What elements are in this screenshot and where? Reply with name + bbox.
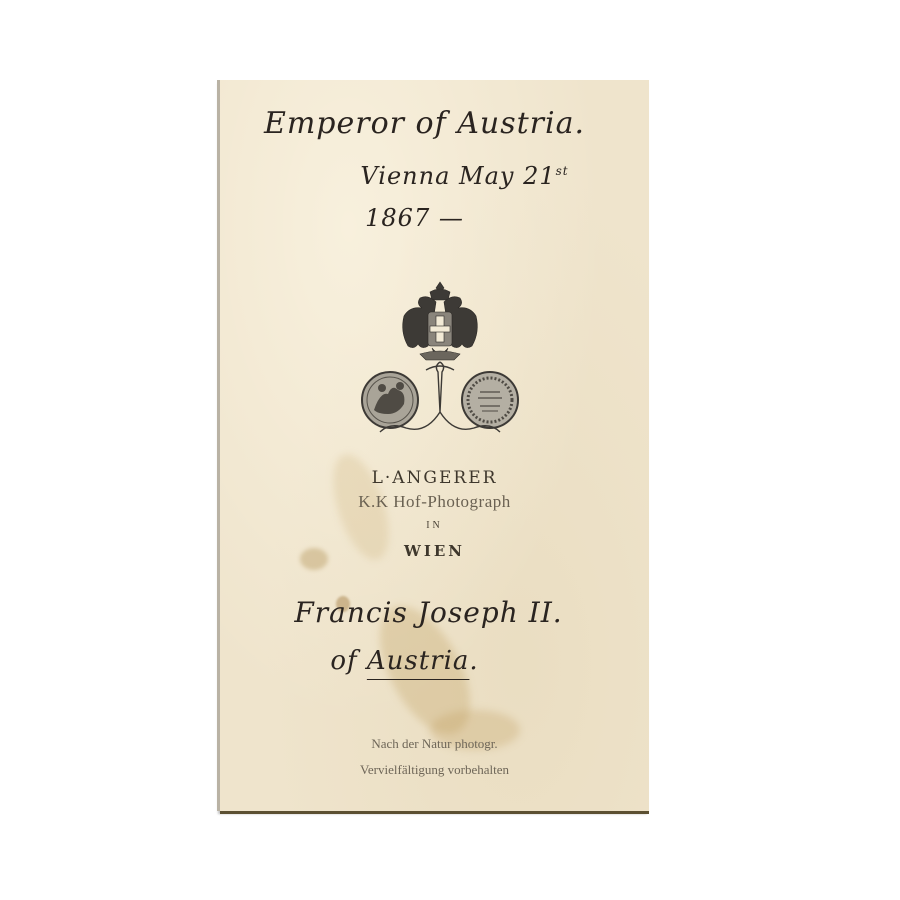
- handwritten-date-text: Vienna May 21: [360, 162, 555, 190]
- handwritten-date-ordinal: st: [556, 164, 569, 178]
- handwritten-of: of: [330, 646, 357, 676]
- handwritten-date: Vienna May 21st: [250, 162, 679, 190]
- handwritten-sitter-name: Francis Joseph II.: [214, 596, 643, 629]
- photographer-name: L·ANGERER: [220, 468, 649, 488]
- imperial-crest-emblem: [350, 276, 530, 456]
- handwritten-period: .: [469, 646, 478, 676]
- footer-note-photographed-from-life: Nach der Natur photogr.: [220, 736, 649, 752]
- photographer-title: K.K Hof-Photograph: [220, 492, 649, 512]
- right-medal-icon: [462, 372, 518, 428]
- carte-de-visite-back: Emperor of Austria. Vienna May 21st 1867…: [220, 80, 649, 811]
- left-medal-icon: [362, 372, 418, 428]
- handwritten-title: Emperor of Austria.: [210, 106, 639, 141]
- double-headed-eagle-icon: [403, 282, 478, 360]
- city-name: WIEN: [220, 542, 649, 560]
- handwritten-sitter-country: of Austria.: [190, 646, 619, 676]
- footer-note-reproduction-reserved: Vervielfältigung vorbehalten: [220, 762, 649, 778]
- handwritten-austria-underlined: Austria: [367, 646, 470, 676]
- handwritten-year: 1867 —: [200, 204, 629, 232]
- preposition-text: IN: [220, 520, 649, 531]
